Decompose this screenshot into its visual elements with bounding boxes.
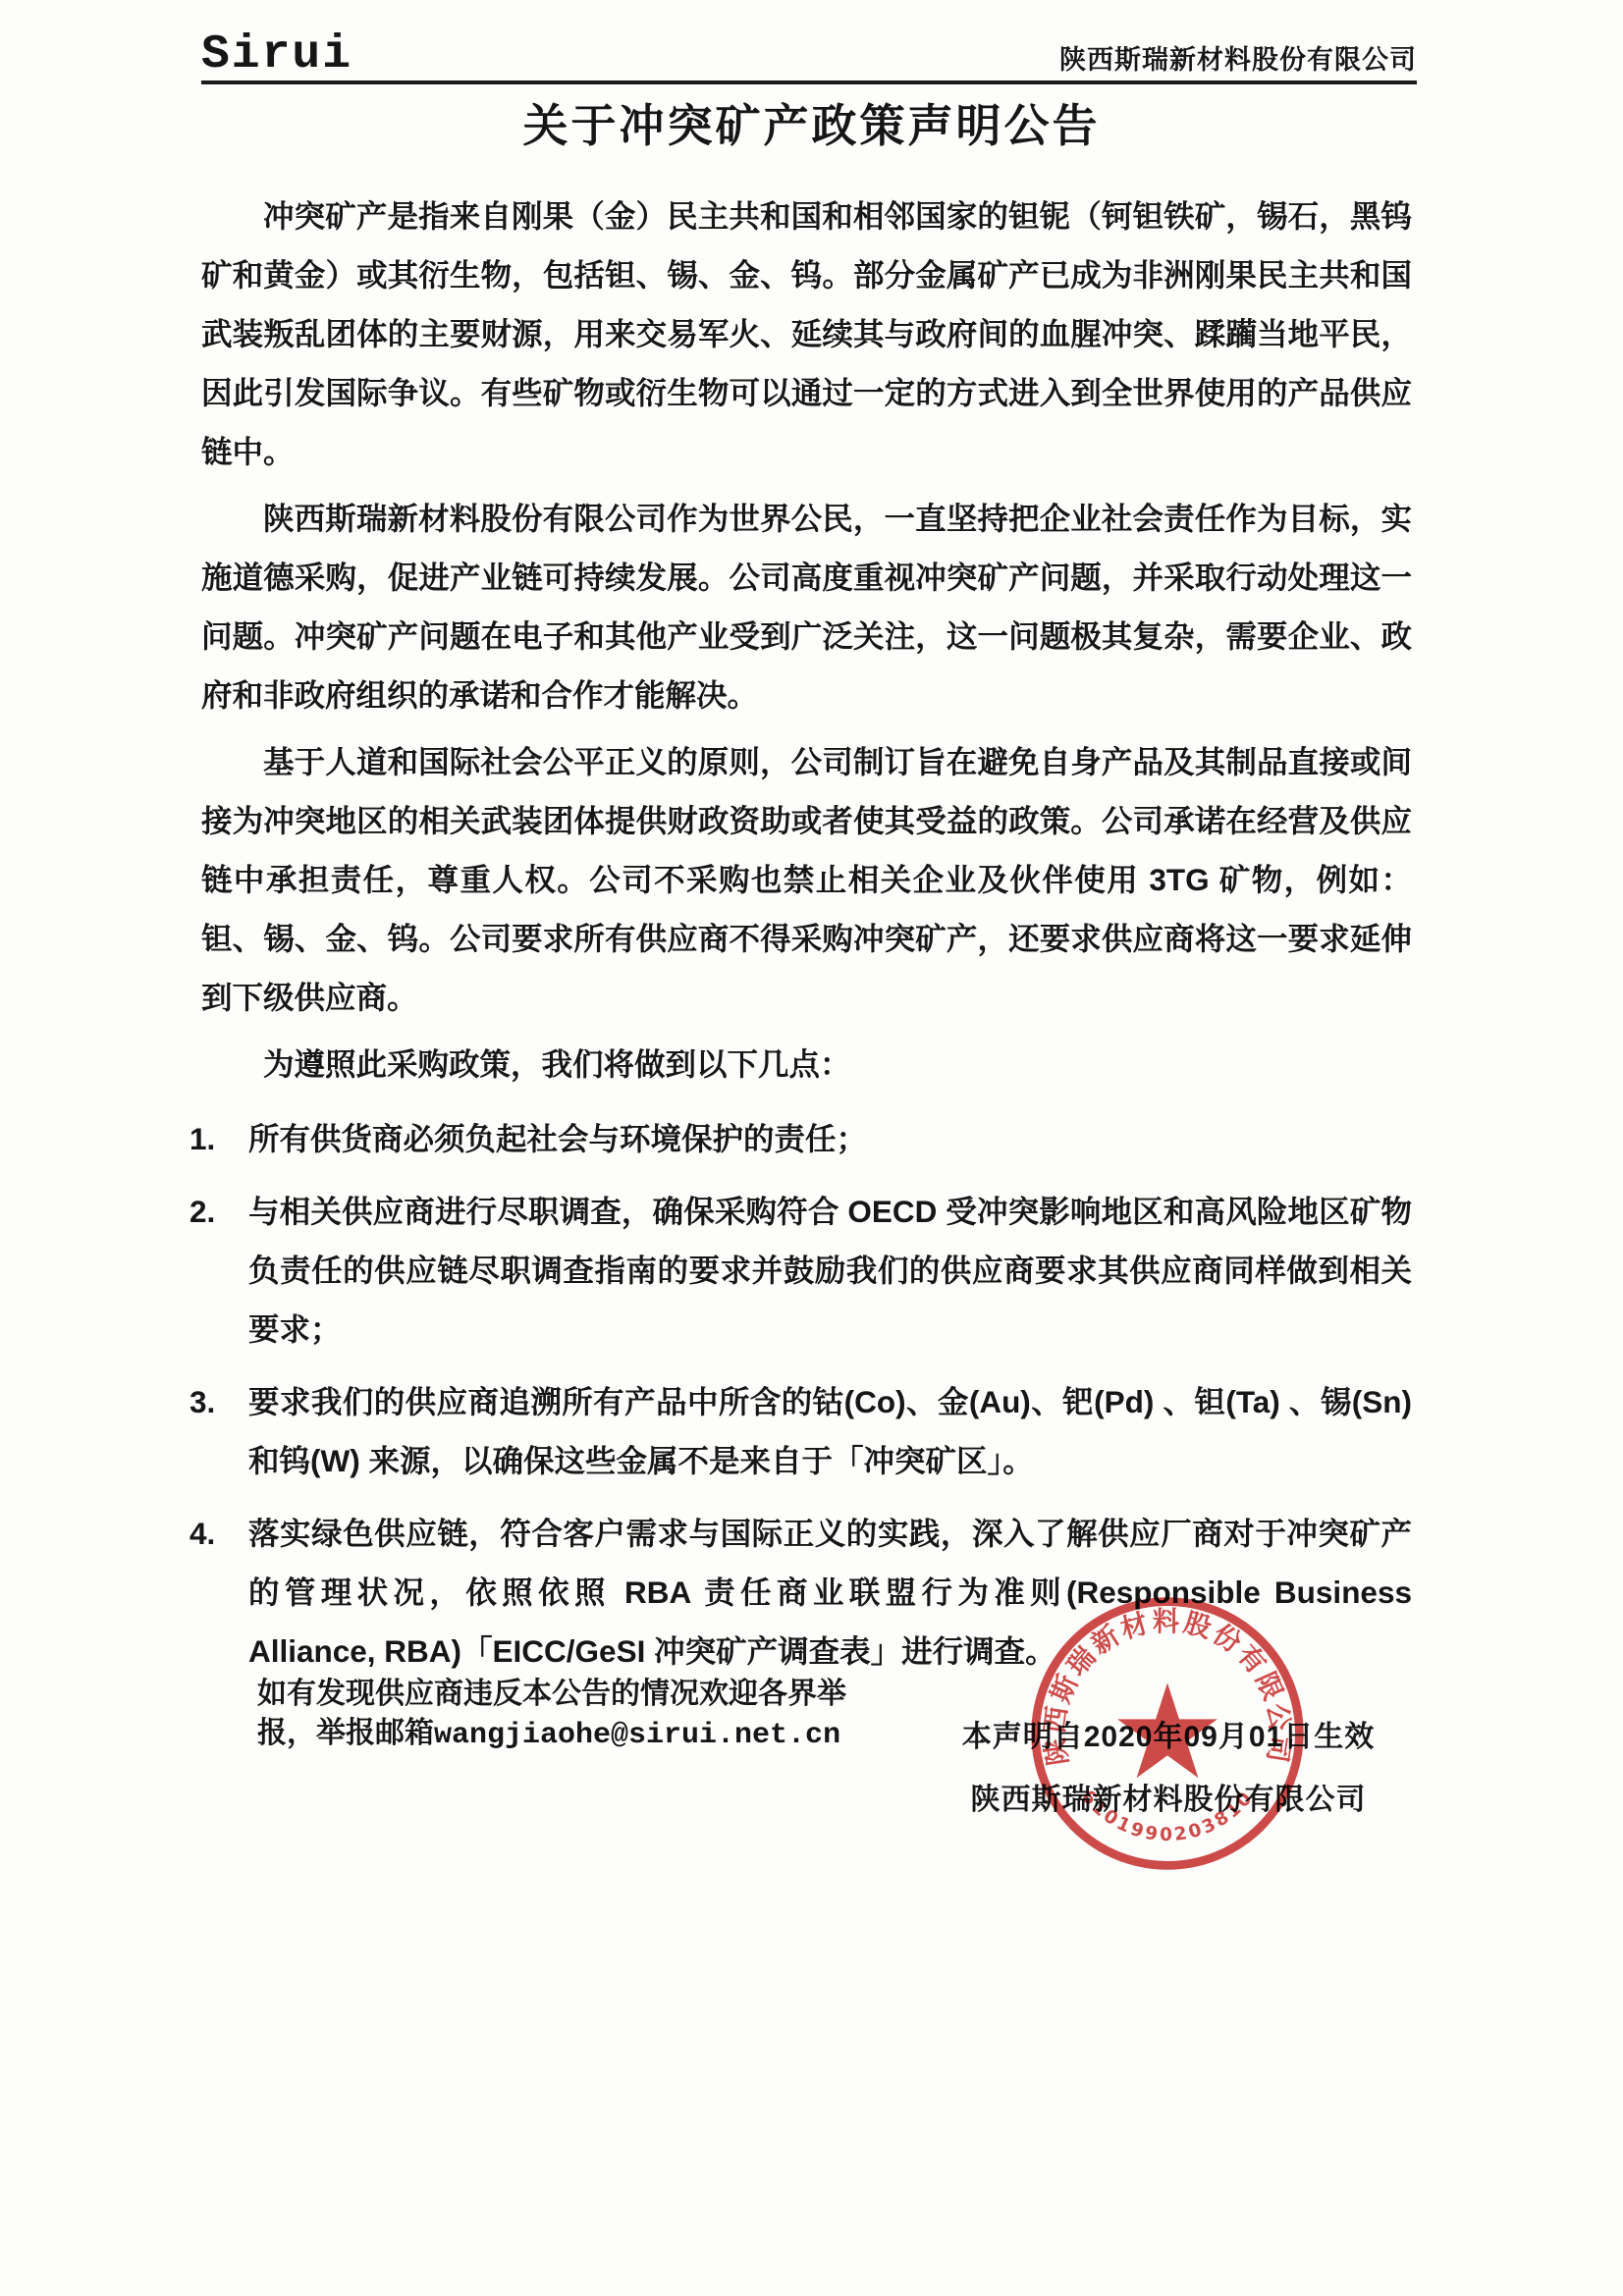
report-email: wangjiaohe@sirui.net.cn <box>434 1719 840 1752</box>
list-text-3: 要求我们的供应商追溯所有产品中所含的钴(Co)、金(Au)、钯(Pd) 、钽(T… <box>248 1372 1412 1490</box>
commitment-list: 1. 所有供货商必须负起社会与环境保护的责任； 2. 与相关供应商进行尽职调查，… <box>189 1109 1412 1681</box>
document-body: 冲突矿产是指来自刚果（金）民主共和国和相邻国家的钽铌（钶钽铁矿，锡石，黑钨矿和黄… <box>201 187 1412 1694</box>
page-header: Sirui 陕西斯瑞新材料股份有限公司 <box>201 18 1417 84</box>
list-text-1: 所有供货商必须负起社会与环境保护的责任； <box>248 1109 1412 1168</box>
signature-company-name: 陕西斯瑞新材料股份有限公司 <box>933 1769 1404 1832</box>
paragraph-company-position: 陕西斯瑞新材料股份有限公司作为世界公民，一直坚持把企业社会责任作为目标，实施道德… <box>201 489 1412 724</box>
list-number-1: 1. <box>189 1109 248 1168</box>
effective-date-line: 本声明自2020年09月01日生效 <box>933 1706 1404 1769</box>
company-logo: Sirui <box>201 31 352 80</box>
list-text-4: 落实绿色供应链，符合客户需求与国际正义的实践，深入了解供应厂商对于冲突矿产的管理… <box>248 1504 1412 1681</box>
list-item-2: 2. 与相关供应商进行尽职调查，确保采购符合 OECD 受冲突影响地区和高风险地… <box>189 1182 1412 1359</box>
list-item-4: 4. 落实绿色供应链，符合客户需求与国际正义的实践，深入了解供应厂商对于冲突矿产… <box>189 1504 1412 1681</box>
list-number-3: 3. <box>189 1372 248 1490</box>
paragraph-list-intro: 为遵照此采购政策，我们将做到以下几点： <box>201 1035 1412 1094</box>
list-item-1: 1. 所有供货商必须负起社会与环境保护的责任； <box>189 1109 1412 1168</box>
effective-statement-block: 本声明自2020年09月01日生效 陕西斯瑞新材料股份有限公司 <box>933 1706 1404 1832</box>
report-line-1: 如有发现供应商违反本公告的情况欢迎各界举 <box>257 1678 846 1710</box>
paragraph-definition: 冲突矿产是指来自刚果（金）民主共和国和相邻国家的钽铌（钶钽铁矿，锡石，黑钨矿和黄… <box>201 187 1412 481</box>
document-title: 关于冲突矿产政策声明公告 <box>0 90 1623 155</box>
report-contact-block: 如有发现供应商违反本公告的情况欢迎各界举 报，举报邮箱wangjiaohe@si… <box>257 1675 964 1755</box>
header-company-name: 陕西斯瑞新材料股份有限公司 <box>1059 38 1417 80</box>
document-page: Sirui 陕西斯瑞新材料股份有限公司 关于冲突矿产政策声明公告 冲突矿产是指来… <box>0 0 1623 2296</box>
list-number-4: 4. <box>189 1504 248 1681</box>
list-text-2: 与相关供应商进行尽职调查，确保采购符合 OECD 受冲突影响地区和高风险地区矿物… <box>248 1182 1412 1359</box>
list-item-3: 3. 要求我们的供应商追溯所有产品中所含的钴(Co)、金(Au)、钯(Pd) 、… <box>189 1372 1412 1490</box>
report-line-2-prefix: 报，举报邮箱 <box>257 1717 434 1749</box>
paragraph-policy: 基于人道和国际社会公平正义的原则，公司制订旨在避免自身产品及其制品直接或间接为冲… <box>201 732 1412 1027</box>
list-number-2: 2. <box>189 1182 248 1359</box>
